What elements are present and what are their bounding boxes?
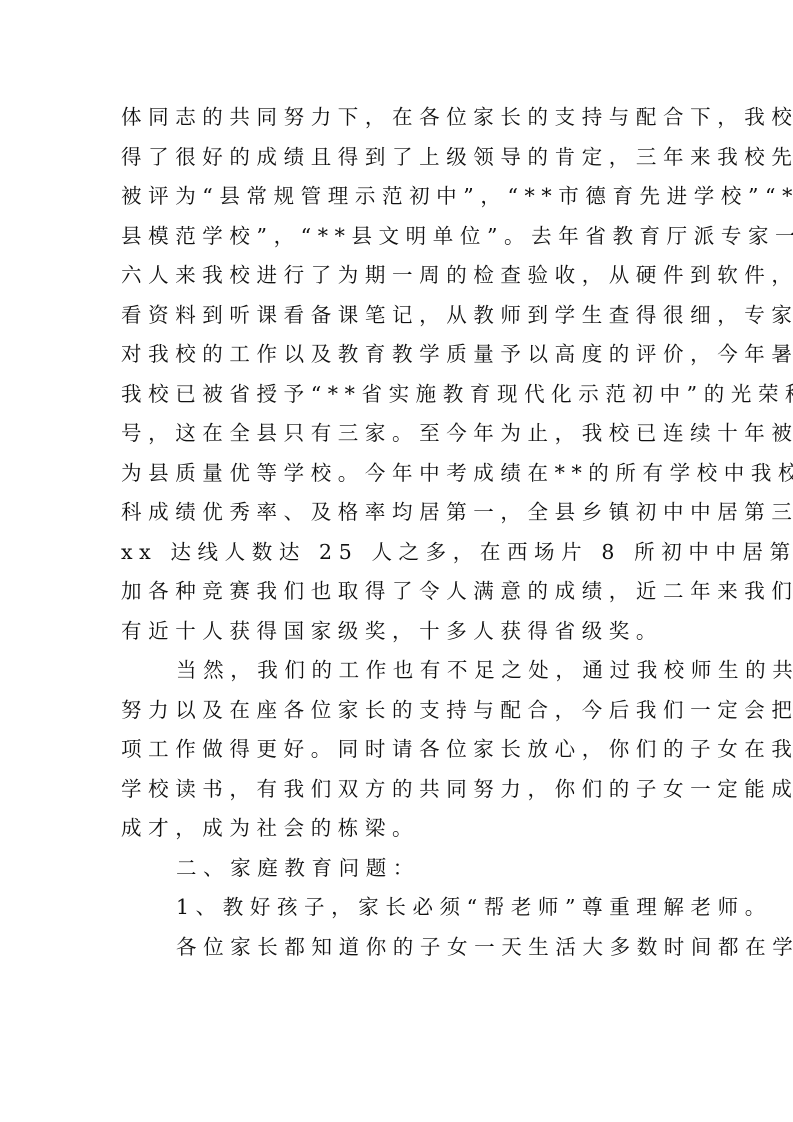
text-line: 看资料到听课看备课笔记，从教师到学生查得很细，专家们 <box>121 296 681 336</box>
paragraph-family-education: 各位家长都知道你的子女一天生活大多数时间都在学 <box>121 928 681 968</box>
text-line: 科成绩优秀率、及格率均居第一，全县乡镇初中中居第三， <box>121 493 681 533</box>
text-line: 努力以及在座各位家长的支持与配合，今后我们一定会把各 <box>121 691 681 731</box>
document-page: 体同志的共同努力下，在各位家长的支持与配合下，我校取 得了很好的成绩且得到了上级… <box>0 0 793 1122</box>
text-line: 项工作做得更好。同时请各位家长放心，你们的子女在我们 <box>121 730 681 770</box>
text-line: 体同志的共同努力下，在各位家长的支持与配合下，我校取 <box>121 98 681 138</box>
text-line: 被评为“县常规管理示范初中”，“**市德育先进学校”“** <box>121 177 681 217</box>
text-line: 号，这在全县只有三家。至今年为止，我校已连续十年被评 <box>121 414 681 454</box>
paragraph-achievements: 体同志的共同努力下，在各位家长的支持与配合下，我校取 得了很好的成绩且得到了上级… <box>121 98 681 651</box>
text-line: 学校读书，有我们双方的共同努力，你们的子女一定能成人 <box>121 770 681 810</box>
text-line: 加各种竞赛我们也取得了令人满意的成绩，近二年来我们就 <box>121 572 681 612</box>
text-line: 得了很好的成绩且得到了上级领导的肯定，三年来我校先后 <box>121 138 681 178</box>
paragraph-shortcomings: 当然，我们的工作也有不足之处，通过我校师生的共同 努力以及在座各位家长的支持与配… <box>121 651 681 849</box>
text-line: 各位家长都知道你的子女一天生活大多数时间都在学 <box>121 928 681 968</box>
document-body: 体同志的共同努力下，在各位家长的支持与配合下，我校取 得了很好的成绩且得到了上级… <box>121 98 681 967</box>
text-line: 有近十人获得国家级奖，十多人获得省级奖。 <box>121 612 681 652</box>
text-line: 我校已被省授予“**省实施教育现代化示范初中”的光荣称 <box>121 375 681 415</box>
text-line: 六人来我校进行了为期一周的检查验收，从硬件到软件，从 <box>121 256 681 296</box>
text-line: 为县质量优等学校。今年中考成绩在**的所有学校中我校各 <box>121 454 681 494</box>
text-line: 当然，我们的工作也有不足之处，通过我校师生的共同 <box>121 651 681 691</box>
heading-line: 二、家庭教育问题： <box>121 849 681 889</box>
text-line: 对我校的工作以及教育教学质量予以高度的评价，今年暑假 <box>121 335 681 375</box>
section-heading: 二、家庭教育问题： <box>121 849 681 889</box>
subheading-1: 1、教好孩子，家长必须“帮老师”尊重理解老师。 <box>121 888 681 928</box>
text-line: xx 达线人数达 25 人之多，在西场片 8 所初中中居第一，参 <box>121 533 681 573</box>
text-line: 成才，成为社会的栋梁。 <box>121 809 681 849</box>
subheading-line: 1、教好孩子，家长必须“帮老师”尊重理解老师。 <box>121 888 681 928</box>
text-line: 县模范学校”，“**县文明单位”。去年省教育厅派专家一行 <box>121 217 681 257</box>
